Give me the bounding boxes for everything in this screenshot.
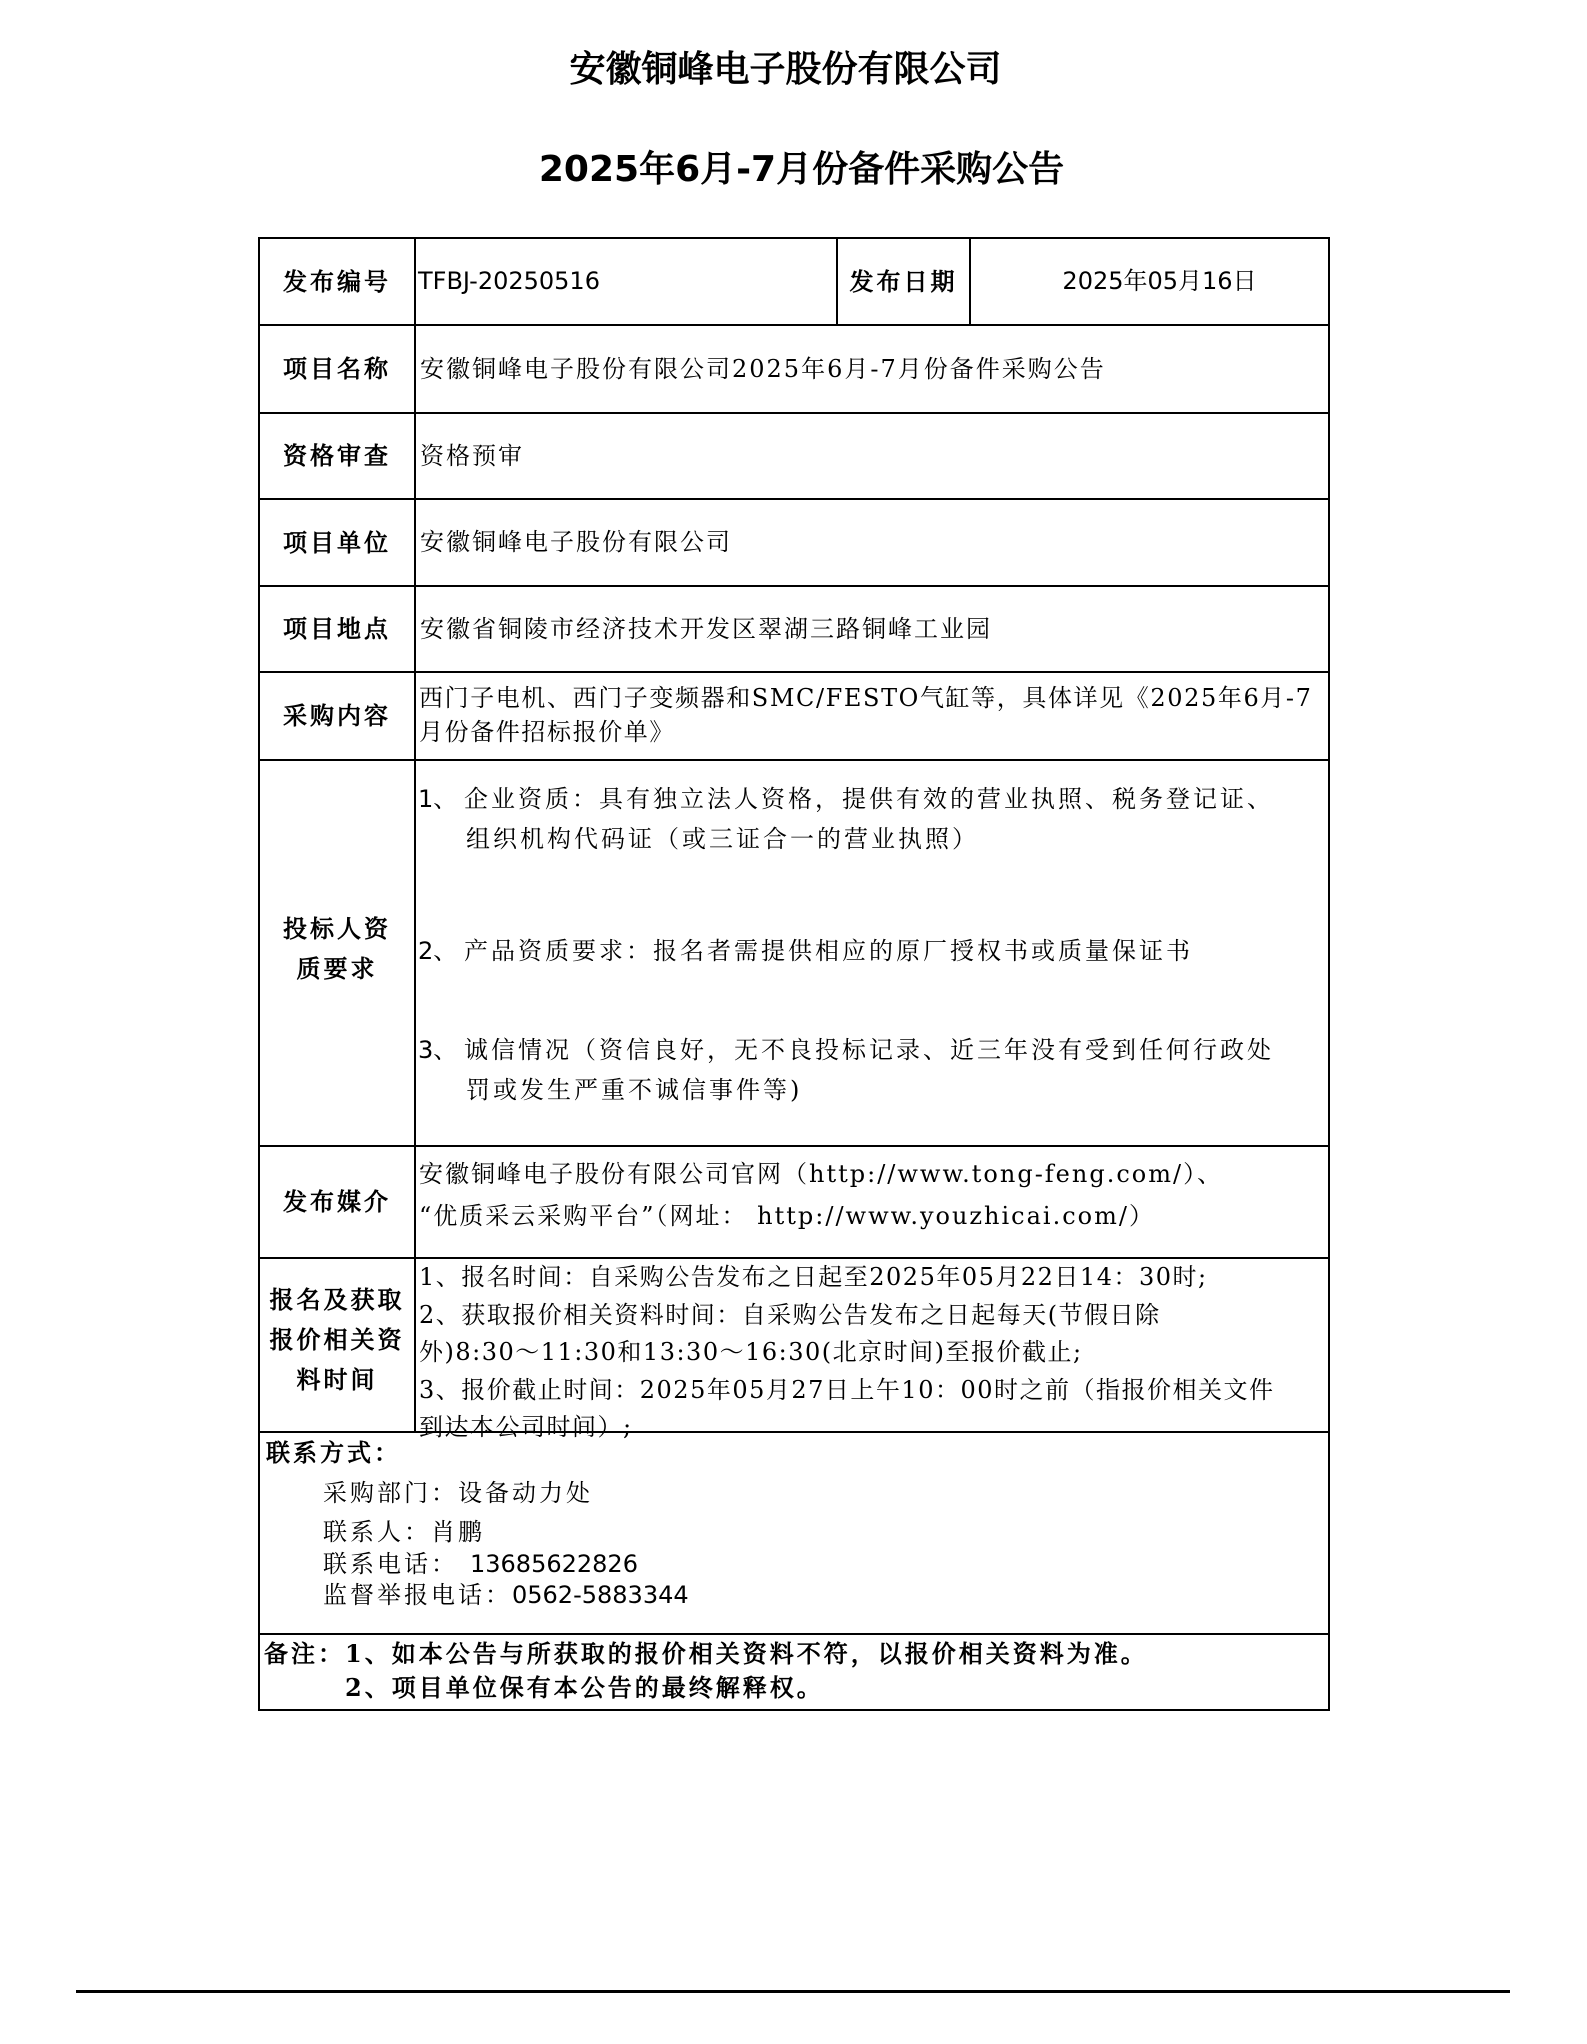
release-date-label: 发布日期 (836, 237, 971, 326)
purchase-content-label: 采购内容 (258, 671, 416, 761)
bidder-requirement-item: 3、诚信情况（资信良好，无不良投标记录、近三年没有受到任何行政处 罚或发生严重不… (418, 1030, 1322, 1110)
project-location-value: 安徽省铜陵市经济技术开发区翠湖三路铜峰工业园 (414, 585, 1330, 673)
media-line: 安徽铜峰电子股份有限公司官网（http://www.tong-feng.com/… (419, 1153, 1223, 1195)
project-name-label: 项目名称 (258, 324, 416, 414)
contact-section: 联系方式： 采购部门：设备动力处 联系人：肖鹏 联系电话：13685622826… (258, 1431, 1330, 1635)
notes-section: 备注：1、如本公告与所获取的报价相关资料不符，以报价相关资料为准。 2、项目单位… (258, 1633, 1330, 1711)
announcement-title: 2025年6月-7月份备件采购公告 (8, 148, 1587, 192)
registration-line: 2、获取报价相关资料时间：自采购公告发布之日起每天(节假日除 (419, 1297, 1326, 1335)
media-label: 发布媒介 (258, 1145, 416, 1259)
supervision-phone: 监督举报电话：0562-5883344 (323, 1579, 689, 1611)
purchase-content-line: 西门子电机、西门子变频器和SMC/FESTO气缸等，具体详见《2025年6月-7 (419, 681, 1313, 715)
bidder-requirement-item: 2、产品资质要求：报名者需提供相应的原厂授权书或质量保证书 (418, 931, 1322, 971)
purchase-content-value: 西门子电机、西门子变频器和SMC/FESTO气缸等，具体详见《2025年6月-7… (414, 671, 1330, 761)
bidder-requirements-value: 1、企业资质：具有独立法人资格，提供有效的营业执照、税务登记证、 组织机构代码证… (414, 759, 1330, 1147)
registration-line: 外)8:30～11:30和13:30～16:30(北京时间)至报价截止; (419, 1334, 1326, 1372)
note-item: 备注：1、如本公告与所获取的报价相关资料不符，以报价相关资料为准。 (264, 1637, 1148, 1671)
media-line: “优质采云采购平台”（网址： http://www.youzhicai.com/… (419, 1195, 1223, 1237)
release-no-label: 发布编号 (258, 237, 416, 326)
bidder-requirements-label: 投标人资 质要求 (258, 759, 416, 1147)
note-item: 2、项目单位保有本公告的最终解释权。 (345, 1671, 824, 1705)
contact-person: 联系人：肖鹏 (323, 1516, 485, 1548)
project-unit-label: 项目单位 (258, 498, 416, 587)
footer-divider (76, 1990, 1510, 1993)
contact-title: 联系方式： (266, 1435, 401, 1471)
registration-value: 1、报名时间：自采购公告发布之日起至2025年05月22日14：30时; 2、获… (414, 1257, 1330, 1433)
contact-phone: 联系电话：13685622826 (323, 1548, 638, 1580)
registration-label: 报名及获取 报价相关资 料时间 (258, 1257, 416, 1433)
registration-line: 3、报价截止时间：2025年05月27日上午10：00时之前（指报价相关文件 (419, 1372, 1326, 1410)
media-value: 安徽铜峰电子股份有限公司官网（http://www.tong-feng.com/… (414, 1145, 1330, 1259)
project-name-value: 安徽铜峰电子股份有限公司2025年6月-7月份备件采购公告 (414, 324, 1330, 414)
purchase-content-line: 月份备件招标报价单》 (419, 715, 1313, 749)
contact-department: 采购部门：设备动力处 (323, 1477, 593, 1509)
project-location-label: 项目地点 (258, 585, 416, 673)
bidder-requirement-item: 1、企业资质：具有独立法人资格，提供有效的营业执照、税务登记证、 组织机构代码证… (418, 779, 1322, 859)
release-no-value: TFBJ-20250516 (414, 237, 838, 326)
release-date-value: 2025年05月16日 (969, 237, 1330, 326)
registration-line: 1、报名时间：自采购公告发布之日起至2025年05月22日14：30时; (419, 1259, 1326, 1297)
project-unit-value: 安徽铜峰电子股份有限公司 (414, 498, 1330, 587)
company-title: 安徽铜峰电子股份有限公司 (0, 48, 1579, 92)
qualification-review-label: 资格审查 (258, 412, 416, 500)
qualification-review-value: 资格预审 (414, 412, 1330, 500)
